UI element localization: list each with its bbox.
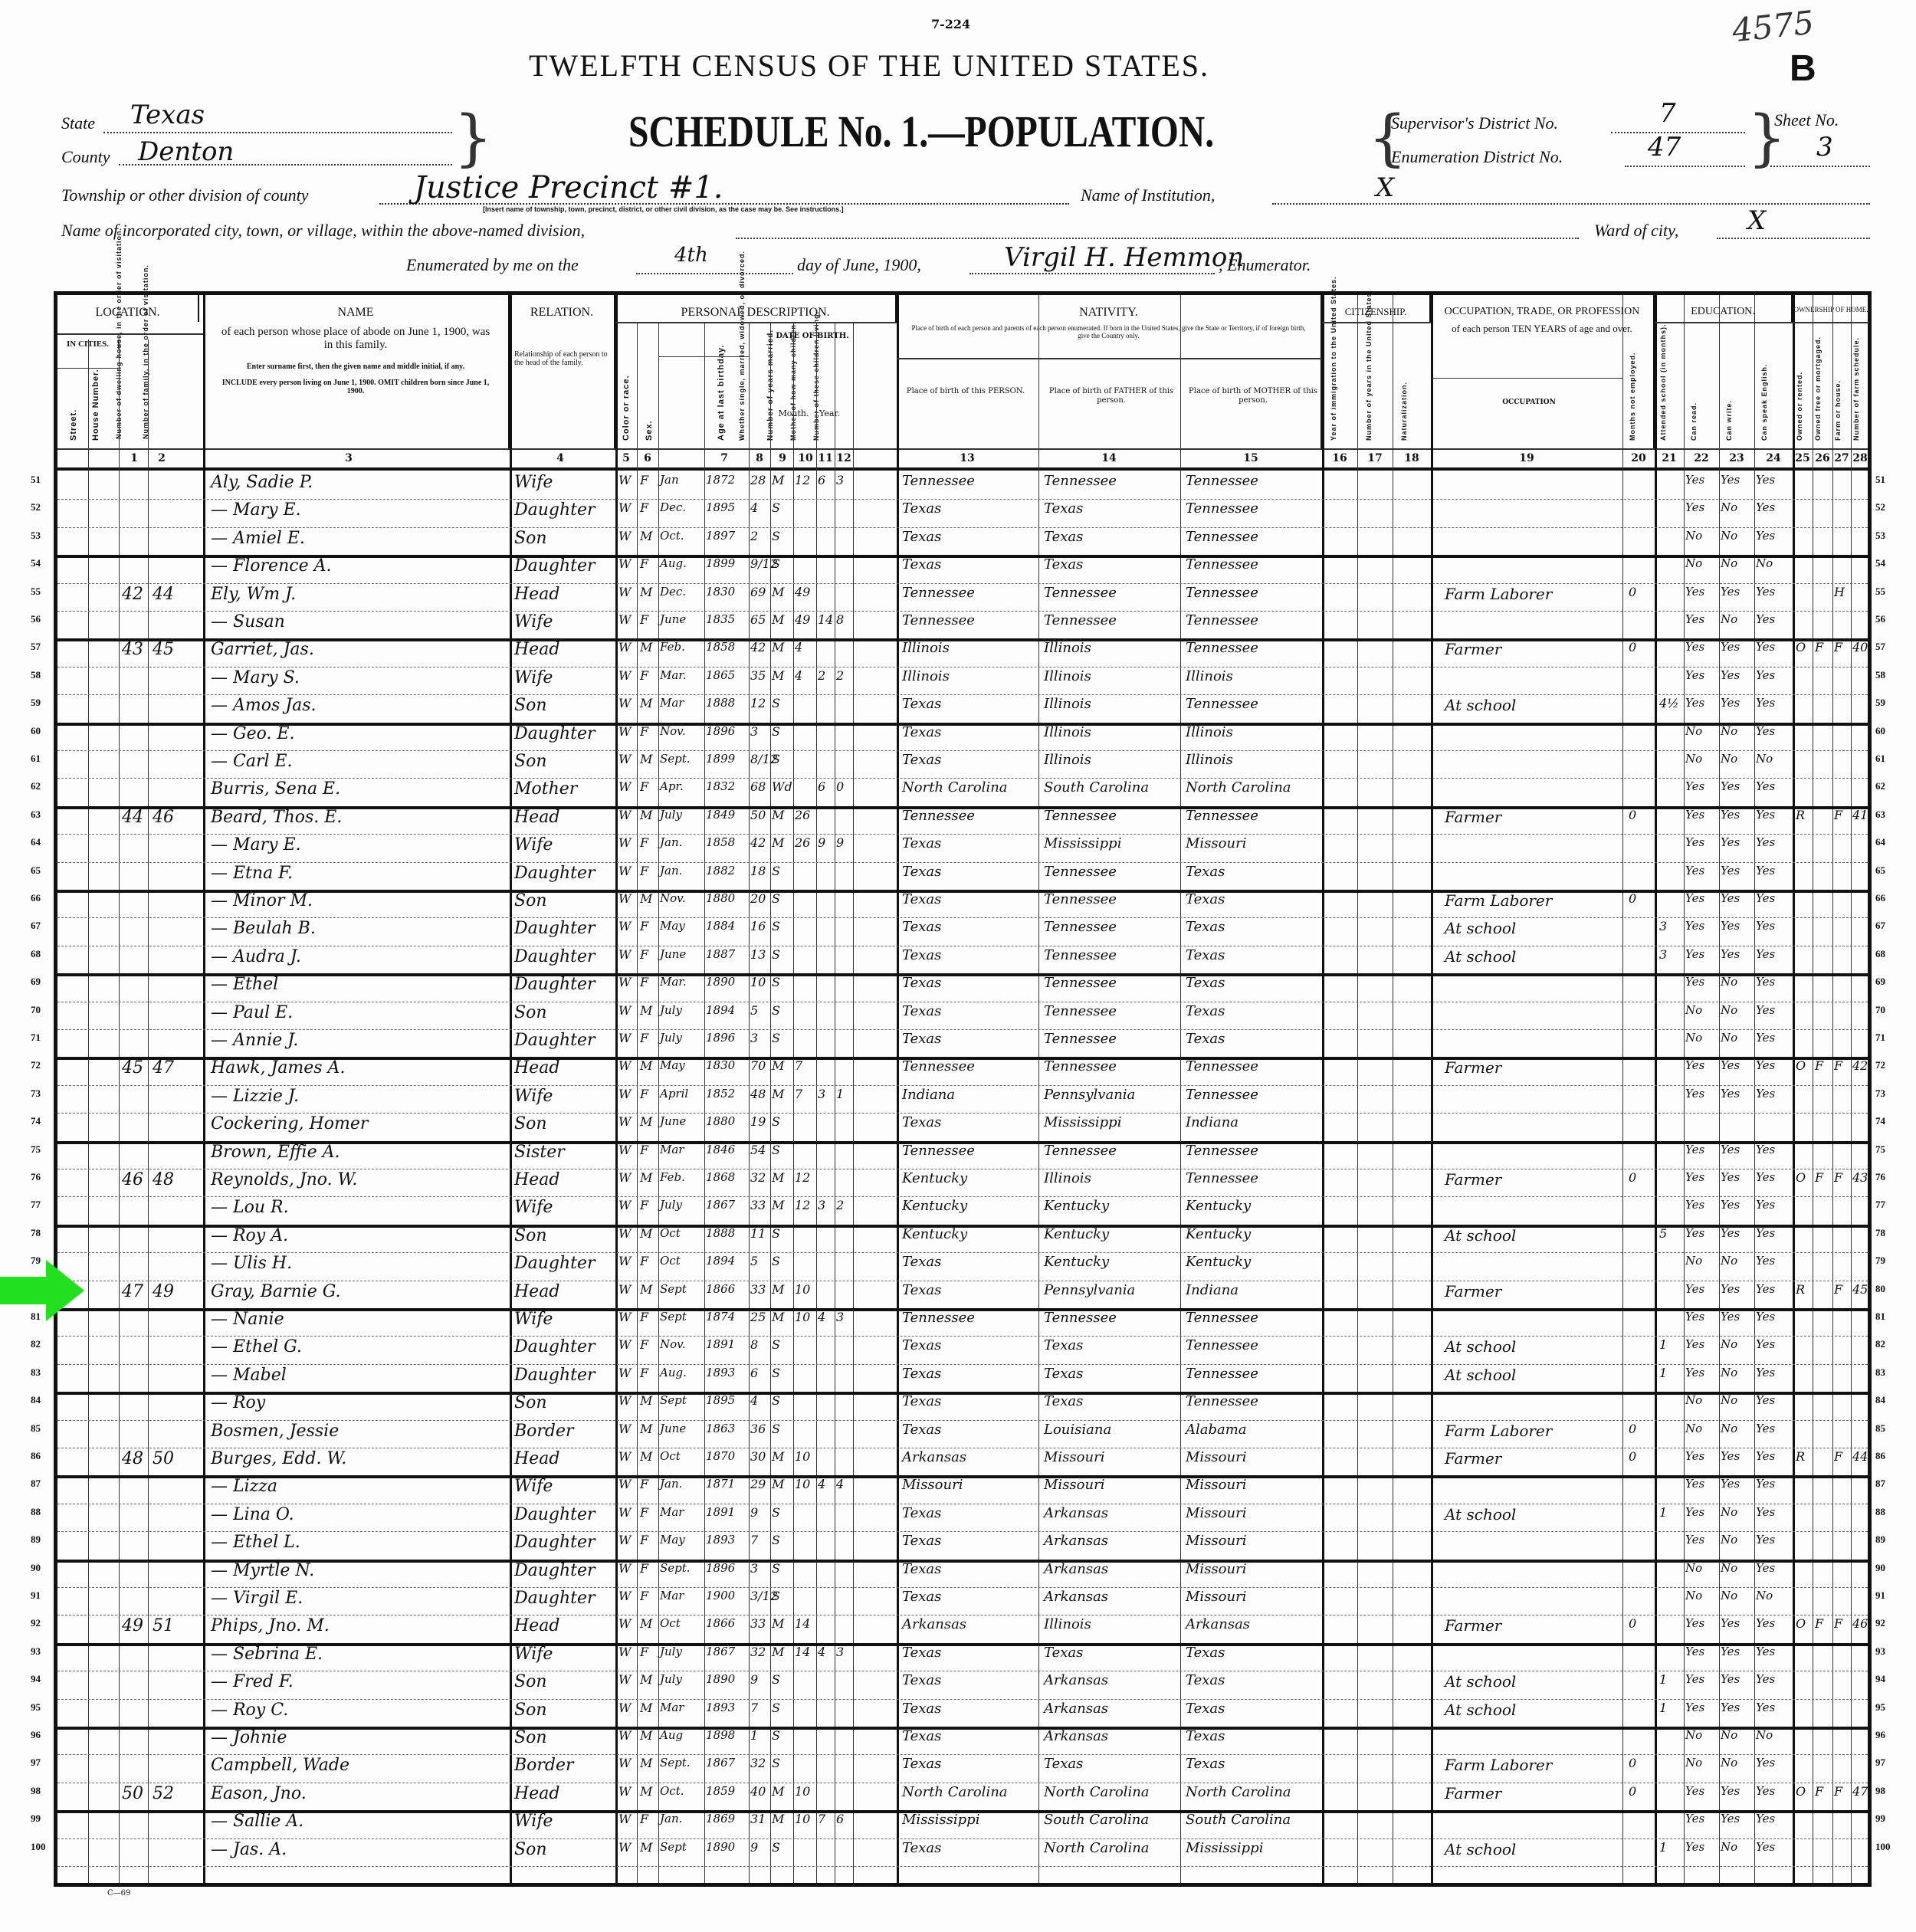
column-number: 26 bbox=[1813, 452, 1832, 464]
cell-color: W bbox=[618, 724, 631, 739]
cell-eng: Yes bbox=[1756, 1087, 1775, 1100]
cell-mar: M bbox=[772, 1170, 784, 1185]
cell-rel: Daughter bbox=[514, 1337, 595, 1356]
cell-mpob: Indiana bbox=[1186, 1282, 1239, 1298]
institution-value: X bbox=[1376, 172, 1394, 203]
cell-year: 1830 bbox=[706, 585, 735, 599]
cell-pob: Tennessee bbox=[902, 473, 975, 489]
cell-year: 1849 bbox=[706, 808, 735, 822]
cell-fpob: Missouri bbox=[1044, 1449, 1104, 1465]
cell-age: 10 bbox=[750, 975, 766, 989]
cell-write: No bbox=[1721, 1003, 1737, 1017]
cell-occ: Farm Laborer bbox=[1445, 585, 1552, 603]
line-number-left: 94 bbox=[31, 1673, 41, 1685]
cell-eng: Yes bbox=[1756, 1310, 1775, 1324]
cell-fpob: Pennsylvania bbox=[1044, 1282, 1135, 1298]
header-citizenship: CITIZENSHIP. bbox=[1322, 295, 1431, 322]
cell-month: Oct. bbox=[660, 529, 684, 543]
cell-sch: 1 bbox=[1659, 1840, 1667, 1855]
line-number-right: 53 bbox=[1875, 530, 1885, 542]
table-row: — RoySonWMSept18954STexasTexasTennesseeN… bbox=[57, 1392, 1868, 1419]
cell-read: Yes bbox=[1685, 975, 1704, 989]
cell-eng: Yes bbox=[1756, 1337, 1775, 1351]
header-street: Street. bbox=[69, 379, 78, 441]
table-row: — Annie J.DaughterWFJuly18963STexasTenne… bbox=[57, 1029, 1868, 1057]
line-number-right: 74 bbox=[1875, 1115, 1885, 1127]
cell-age: 19 bbox=[750, 1114, 766, 1129]
cell-mpob: Kentucky bbox=[1186, 1254, 1251, 1270]
cell-mpob: Texas bbox=[1186, 1645, 1225, 1661]
cell-fpob: South Carolina bbox=[1044, 779, 1149, 795]
cell-eng: Yes bbox=[1756, 1031, 1775, 1045]
table-row: — Lizzie J.WifeWFApril185248M731IndianaP… bbox=[57, 1085, 1868, 1113]
cell-age: 1 bbox=[750, 1728, 758, 1743]
cell-occ: At school bbox=[1445, 947, 1516, 966]
cell-age: 36 bbox=[750, 1422, 766, 1436]
header-name: NAME of each person whose place of abode… bbox=[203, 295, 510, 448]
cell-read: No bbox=[1685, 1003, 1702, 1017]
cell-read: Yes bbox=[1685, 1226, 1704, 1240]
cell-eng: Yes bbox=[1756, 1003, 1775, 1017]
cell-sex: F bbox=[640, 1561, 648, 1576]
cell-occ: Farmer bbox=[1445, 1058, 1501, 1077]
cell-name: Hawk, James A. bbox=[211, 1058, 345, 1078]
cell-sch: 1 bbox=[1659, 1701, 1667, 1715]
cell-pob: Texas bbox=[902, 1728, 941, 1744]
cell-pob: Texas bbox=[902, 919, 941, 935]
line-number-left: 100 bbox=[31, 1841, 46, 1853]
table-row: 4345Garriet, Jas.HeadWMFeb.185842M4Illin… bbox=[57, 638, 1868, 666]
cell-occ: Farm Laborer bbox=[1445, 1422, 1552, 1440]
table-row: — MabelDaughterWFAug.18936STexasTexasTen… bbox=[57, 1364, 1868, 1392]
header-rule bbox=[57, 368, 119, 369]
cell-rel: Head bbox=[514, 808, 559, 827]
cell-name: Eason, Jno. bbox=[211, 1784, 307, 1803]
cell-mpob: North Carolina bbox=[1186, 1784, 1291, 1800]
header-relation-desc: Relationship of each person to the head … bbox=[510, 350, 614, 367]
line-number-right: 63 bbox=[1875, 809, 1885, 821]
cell-year: 1872 bbox=[706, 473, 735, 487]
line-number-right: 71 bbox=[1875, 1032, 1885, 1044]
cell-mar: S bbox=[772, 1031, 780, 1045]
cell-fpob: Texas bbox=[1044, 1337, 1083, 1353]
line-number-left: 66 bbox=[31, 892, 41, 904]
cell-occ: At school bbox=[1445, 696, 1516, 714]
cell-free: F bbox=[1815, 640, 1823, 654]
cell-color: W bbox=[618, 808, 631, 822]
cell-name: Gray, Barnie G. bbox=[211, 1282, 341, 1301]
cell-age: 9 bbox=[750, 1672, 758, 1687]
cell-color: W bbox=[618, 1143, 631, 1157]
cell-mpob: Missouri bbox=[1186, 835, 1246, 851]
table-row: — JohnieSonWMAug18981STexasArkansasTexas… bbox=[57, 1727, 1868, 1754]
cell-name: — Florence A. bbox=[211, 556, 331, 576]
line-number-left: 53 bbox=[31, 530, 41, 542]
cell-liv: 9 bbox=[836, 835, 844, 850]
cell-pob: Missouri bbox=[902, 1477, 963, 1493]
line-number-right: 55 bbox=[1875, 586, 1885, 598]
cell-age: 35 bbox=[750, 668, 766, 683]
cell-write: No bbox=[1721, 1337, 1737, 1351]
cell-write: Yes bbox=[1721, 1672, 1740, 1686]
cell-pob: Texas bbox=[902, 1337, 941, 1353]
cell-rel: Border bbox=[514, 1756, 574, 1775]
cell-read: Yes bbox=[1685, 1477, 1704, 1491]
column-number: 25 bbox=[1793, 452, 1812, 464]
cell-color: W bbox=[618, 1589, 631, 1603]
cell-eng: Yes bbox=[1756, 1366, 1775, 1379]
ward-value: X bbox=[1747, 205, 1766, 236]
cell-write: No bbox=[1721, 752, 1737, 766]
cell-pob: Tennessee bbox=[902, 1143, 975, 1159]
cell-color: W bbox=[618, 668, 631, 683]
cell-unemp: 0 bbox=[1629, 891, 1636, 906]
cell-read: Yes bbox=[1685, 1449, 1704, 1463]
cell-write: No bbox=[1721, 1561, 1737, 1575]
cell-rel: Daughter bbox=[514, 1254, 595, 1273]
cell-own: O bbox=[1796, 1170, 1806, 1185]
cell-rel: Daughter bbox=[514, 724, 595, 743]
cell-mpob: Tennessee bbox=[1186, 696, 1258, 712]
cell-sex: F bbox=[640, 473, 648, 487]
cell-ym: 10 bbox=[795, 1812, 810, 1826]
cell-liv: 2 bbox=[836, 1198, 844, 1212]
column-number: 22 bbox=[1692, 452, 1711, 464]
header-rule bbox=[897, 358, 1322, 359]
cell-age: 7 bbox=[750, 1701, 758, 1715]
cell-year: 1830 bbox=[706, 1058, 735, 1072]
cell-year: 1880 bbox=[706, 1114, 735, 1128]
cell-name: Burges, Edd. W. bbox=[211, 1449, 346, 1468]
cell-fpob: Texas bbox=[1044, 556, 1083, 572]
cell-eng: Yes bbox=[1756, 1393, 1775, 1407]
cell-dw: 43 bbox=[122, 640, 143, 659]
cell-year: 1893 bbox=[706, 1533, 735, 1547]
cell-rel: Border bbox=[514, 1422, 574, 1441]
cell-mar: S bbox=[772, 891, 780, 906]
header-education: EDUCATION. bbox=[1655, 295, 1793, 322]
cell-age: 3 bbox=[750, 1561, 758, 1576]
cell-year: 1900 bbox=[706, 1589, 735, 1602]
cell-name: Campbell, Wade bbox=[211, 1756, 349, 1775]
cell-fpob: Illinois bbox=[1044, 724, 1091, 740]
column-number: 28 bbox=[1851, 452, 1869, 464]
cell-occ: At school bbox=[1445, 1672, 1516, 1691]
cell-eng: Yes bbox=[1756, 1561, 1775, 1575]
cell-fpob: Tennessee bbox=[1044, 1031, 1117, 1047]
line-number-right: 62 bbox=[1875, 780, 1885, 792]
cell-occ: Farm Laborer bbox=[1445, 1756, 1552, 1774]
cell-fpob: Tennessee bbox=[1044, 947, 1117, 963]
header-free: Owned free or mortgaged. bbox=[1814, 326, 1822, 441]
column-number: 9 bbox=[773, 452, 792, 464]
cell-ym: 4 bbox=[795, 668, 802, 683]
cell-year: 1893 bbox=[706, 1701, 735, 1714]
header-rule bbox=[615, 322, 897, 323]
cell-rel: Daughter bbox=[514, 1533, 595, 1552]
enumerated-suffix: day of June, 1900, bbox=[797, 255, 921, 275]
cell-occ: Farmer bbox=[1445, 1282, 1501, 1301]
cell-color: W bbox=[618, 1114, 631, 1129]
cell-rel: Head bbox=[514, 1616, 559, 1635]
cell-write: Yes bbox=[1721, 1282, 1740, 1296]
cell-read: No bbox=[1685, 529, 1702, 543]
cell-year: 1896 bbox=[706, 1031, 735, 1045]
line-number-left: 51 bbox=[31, 474, 41, 486]
table-row: 4951Phips, Jno. M.HeadWMOct186633M14Arka… bbox=[57, 1615, 1868, 1642]
cell-mar: S bbox=[772, 1422, 780, 1436]
cell-sex: M bbox=[640, 1282, 652, 1297]
line-number-right: 56 bbox=[1875, 613, 1885, 625]
cell-unemp: 0 bbox=[1629, 808, 1636, 822]
cell-month: July bbox=[660, 1645, 682, 1658]
cell-rel: Daughter bbox=[514, 1589, 595, 1608]
cell-rel: Daughter bbox=[514, 947, 595, 966]
cell-read: Yes bbox=[1685, 1812, 1704, 1825]
line-number-left: 57 bbox=[31, 641, 41, 653]
cell-mo: 9 bbox=[818, 835, 825, 850]
cell-rel: Wife bbox=[514, 1198, 553, 1217]
cell-fam: 47 bbox=[153, 1058, 174, 1078]
cell-color: W bbox=[618, 947, 631, 962]
cell-mar: S bbox=[772, 1226, 780, 1241]
cell-ym: 26 bbox=[795, 808, 810, 822]
cell-name: — Ethel G. bbox=[211, 1337, 302, 1356]
cell-rel: Sister bbox=[514, 1143, 565, 1162]
line-number-left: 74 bbox=[31, 1115, 41, 1127]
table-row: — Roy C.SonWMMar18937STexasArkansasTexas… bbox=[57, 1699, 1868, 1727]
cell-age: 9 bbox=[750, 1840, 758, 1855]
cell-month: Sept. bbox=[660, 752, 691, 766]
cell-name: — Beulah B. bbox=[211, 919, 316, 938]
cell-fpob: Tennessee bbox=[1044, 808, 1117, 824]
column-number: 16 bbox=[1330, 452, 1349, 464]
cell-age: 33 bbox=[750, 1198, 766, 1212]
cell-rel: Wife bbox=[514, 612, 553, 631]
cell-fpob: Arkansas bbox=[1044, 1561, 1108, 1577]
table-row: 4244Ely, Wm J.HeadWMDec.183069M49Tenness… bbox=[57, 583, 1868, 611]
cell-mar: M bbox=[772, 1784, 784, 1799]
cell-write: Yes bbox=[1721, 1616, 1740, 1630]
line-number-left: 92 bbox=[31, 1617, 41, 1629]
cell-name: Bosmen, Jessie bbox=[211, 1422, 339, 1441]
cell-sex: F bbox=[640, 975, 648, 989]
cell-month: Jan. bbox=[660, 1812, 682, 1825]
cell-age: 25 bbox=[750, 1310, 766, 1324]
cell-fpob: Mississippi bbox=[1044, 835, 1121, 851]
cell-read: Yes bbox=[1685, 1058, 1704, 1072]
cell-pob: Texas bbox=[902, 891, 941, 907]
line-number-right: 99 bbox=[1875, 1812, 1885, 1825]
cell-sex: F bbox=[640, 864, 648, 878]
cell-age: 40 bbox=[750, 1784, 766, 1799]
cell-read: No bbox=[1685, 752, 1702, 766]
supervisor-value: 7 bbox=[1659, 98, 1676, 129]
header-pob-person: Place of birth of this PERSON. bbox=[901, 387, 1031, 396]
cell-read: No bbox=[1685, 1254, 1702, 1268]
cell-mar: M bbox=[772, 808, 784, 822]
cell-pob: Texas bbox=[902, 1031, 941, 1047]
cell-mo: 3 bbox=[818, 1198, 825, 1212]
table-row: — EthelDaughterWFMar.189010STexasTenness… bbox=[57, 973, 1868, 1001]
cell-age: 33 bbox=[750, 1282, 766, 1297]
cell-rel: Son bbox=[514, 1003, 547, 1022]
cell-sch: 4½ bbox=[1659, 696, 1679, 710]
cell-fpob: Arkansas bbox=[1044, 1589, 1108, 1605]
cell-pob: Tennessee bbox=[902, 808, 975, 824]
cell-read: Yes bbox=[1685, 1616, 1704, 1630]
cell-mpob: Texas bbox=[1186, 947, 1225, 963]
cell-color: W bbox=[618, 1449, 631, 1464]
cell-eng: Yes bbox=[1756, 835, 1775, 849]
cell-occ: Farm Laborer bbox=[1445, 891, 1552, 910]
cell-name: — Minor M. bbox=[211, 891, 313, 910]
cell-read: Yes bbox=[1685, 1840, 1704, 1854]
cell-mpob: Kentucky bbox=[1186, 1226, 1251, 1242]
cell-name: — Paul E. bbox=[211, 1003, 293, 1022]
line-number-left: 54 bbox=[31, 557, 41, 569]
line-number-right: 96 bbox=[1875, 1729, 1885, 1741]
cell-mar: M bbox=[772, 1282, 784, 1297]
column-number: 19 bbox=[1517, 452, 1536, 464]
township-label: Township or other division of county bbox=[61, 185, 308, 205]
column-number: 27 bbox=[1832, 452, 1851, 464]
cell-sex: M bbox=[640, 891, 652, 906]
cell-write: No bbox=[1721, 1422, 1737, 1435]
header-rule bbox=[1655, 322, 1793, 323]
cell-mo: 14 bbox=[818, 612, 833, 627]
cell-mar: S bbox=[772, 1003, 780, 1018]
table-row: — Audra J.DaughterWFJune188713STexasTenn… bbox=[57, 946, 1868, 973]
cell-color: W bbox=[618, 1003, 631, 1018]
cell-pob: North Carolina bbox=[902, 779, 1008, 795]
cell-pob: Texas bbox=[902, 1589, 941, 1605]
cell-pob: North Carolina bbox=[902, 1784, 1008, 1800]
enumeration-label: Enumeration District No. bbox=[1391, 147, 1563, 167]
city-label: Name of incorporated city, town, or vill… bbox=[61, 221, 585, 241]
cell-mo: 2 bbox=[818, 668, 825, 683]
cell-write: Yes bbox=[1721, 585, 1740, 599]
cell-color: W bbox=[618, 640, 631, 654]
cell-fpob: Arkansas bbox=[1044, 1701, 1108, 1717]
cell-eng: No bbox=[1756, 1728, 1773, 1742]
cell-pob: Texas bbox=[902, 1533, 941, 1549]
table-row: Aly, Sadie P.WifeWFJan187228M1263Tenness… bbox=[57, 471, 1868, 499]
header-farm: Farm or house. bbox=[1834, 356, 1842, 441]
cell-rel: Wife bbox=[514, 1812, 553, 1831]
brace-left: } bbox=[454, 107, 493, 169]
cell-age: 30 bbox=[750, 1449, 766, 1464]
cell-ym: 10 bbox=[795, 1477, 810, 1491]
cell-eng: Yes bbox=[1756, 724, 1775, 738]
cell-sex: M bbox=[640, 1840, 652, 1855]
table-row: Campbell, WadeBorderWMSept.186732STexasT… bbox=[57, 1754, 1868, 1782]
cell-eng: Yes bbox=[1756, 585, 1775, 599]
cell-fs: 41 bbox=[1852, 808, 1868, 822]
cell-sch: 1 bbox=[1659, 1505, 1667, 1520]
cell-mar: S bbox=[772, 500, 780, 515]
cell-pob: Illinois bbox=[902, 668, 950, 684]
cell-name: — Lizza bbox=[211, 1477, 277, 1496]
cell-pob: Texas bbox=[902, 1672, 941, 1688]
cell-write: No bbox=[1721, 556, 1737, 570]
line-number-left: 67 bbox=[31, 920, 41, 932]
cell-fpob: Texas bbox=[1044, 529, 1083, 545]
cell-mpob: Missouri bbox=[1186, 1449, 1246, 1465]
header-location: LOCATION. bbox=[57, 295, 199, 322]
cell-eng: Yes bbox=[1756, 668, 1775, 682]
cell-month: Mar bbox=[660, 1589, 684, 1602]
cell-mpob: Texas bbox=[1186, 975, 1225, 991]
cell-eng: Yes bbox=[1756, 1143, 1775, 1156]
cell-age: 28 bbox=[750, 473, 766, 487]
cell-write: No bbox=[1721, 529, 1737, 543]
cell-month: Mar bbox=[660, 1143, 684, 1156]
line-number-right: 89 bbox=[1875, 1533, 1885, 1546]
cell-occ: Farmer bbox=[1445, 640, 1501, 658]
cell-farm: F bbox=[1834, 1449, 1842, 1464]
cell-mpob: Missouri bbox=[1186, 1533, 1246, 1549]
line-number-left: 88 bbox=[31, 1506, 41, 1518]
cell-pob: Texas bbox=[902, 1422, 941, 1438]
cell-mpob: Alabama bbox=[1186, 1422, 1247, 1438]
cell-eng: Yes bbox=[1756, 1254, 1775, 1268]
cell-write: No bbox=[1721, 975, 1737, 989]
table-row: Brown, Effie A.SisterWFMar184654STenness… bbox=[57, 1141, 1868, 1169]
cell-rel: Son bbox=[514, 529, 547, 548]
column-number: 3 bbox=[340, 452, 358, 464]
cell-name: — Ethel bbox=[211, 975, 278, 994]
cell-free: F bbox=[1815, 1170, 1823, 1185]
cell-month: June bbox=[660, 1422, 686, 1435]
cell-mpob: Texas bbox=[1186, 1031, 1225, 1047]
cell-read: Yes bbox=[1685, 640, 1704, 654]
cell-pob: Texas bbox=[902, 500, 941, 517]
table-row: — Minor M.SonWMNov.188020STexasTennessee… bbox=[57, 890, 1868, 917]
cell-month: Aug. bbox=[660, 1366, 687, 1379]
cell-rel: Head bbox=[514, 640, 559, 659]
cell-year: 1871 bbox=[706, 1477, 735, 1491]
cell-farm: F bbox=[1834, 1058, 1842, 1073]
line-number-left: 87 bbox=[31, 1478, 41, 1490]
cell-month: Mar. bbox=[660, 975, 687, 989]
cell-year: 1894 bbox=[706, 1003, 735, 1017]
cell-mar: M bbox=[772, 1616, 784, 1631]
cell-month: June bbox=[660, 612, 686, 626]
cell-sex: M bbox=[640, 1616, 652, 1631]
cell-write: Yes bbox=[1721, 835, 1740, 849]
cell-mar: M bbox=[772, 1449, 784, 1464]
cell-eng: Yes bbox=[1756, 1226, 1775, 1240]
line-number-right: 95 bbox=[1875, 1701, 1885, 1714]
cell-rel: Wife bbox=[514, 835, 553, 854]
cell-unemp: 0 bbox=[1629, 1756, 1636, 1770]
cell-mpob: Texas bbox=[1186, 1756, 1225, 1772]
line-number-right: 64 bbox=[1875, 836, 1885, 848]
cell-pob: Texas bbox=[902, 556, 941, 572]
line-number-right: 86 bbox=[1875, 1450, 1885, 1462]
cell-color: W bbox=[618, 1533, 631, 1547]
cell-unemp: 0 bbox=[1629, 1616, 1636, 1631]
cell-month: Mar bbox=[660, 696, 684, 710]
cell-rel: Head bbox=[514, 1282, 559, 1301]
cell-read: Yes bbox=[1685, 1143, 1704, 1156]
line-number-left: 75 bbox=[31, 1143, 41, 1156]
column-number: 23 bbox=[1727, 452, 1746, 464]
footer-mark: C—69 bbox=[107, 1889, 130, 1898]
cell-month: Sept bbox=[660, 1840, 687, 1854]
cell-fpob: Illinois bbox=[1044, 640, 1091, 656]
